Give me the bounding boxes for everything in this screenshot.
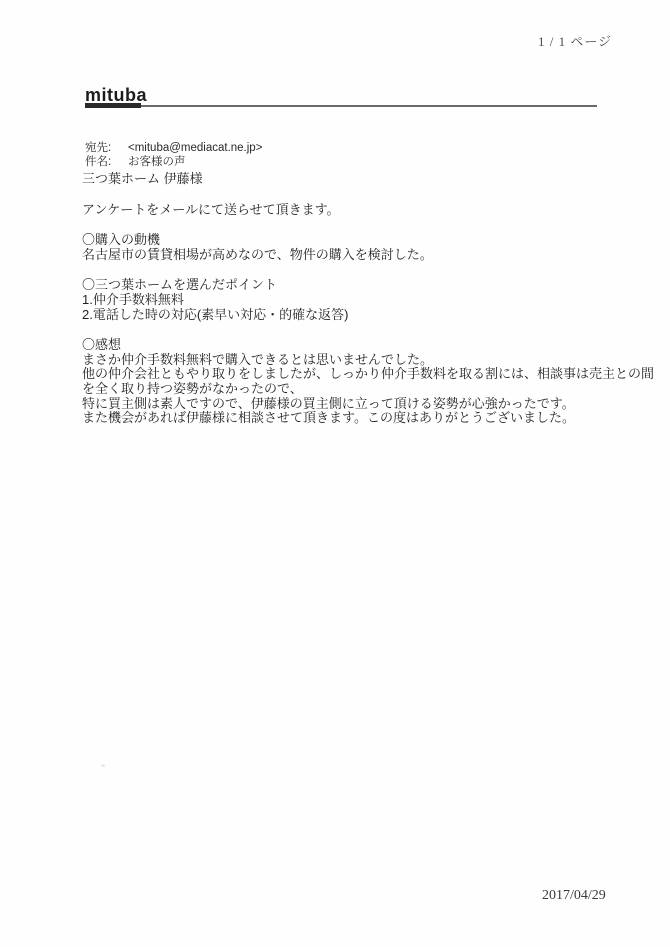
subject-value: お客様の声 [128,155,186,169]
section-purchase-motivation: 〇購入の動機 名古屋市の賃貸相場が高めなので、物件の購入を検討した。 [82,233,642,262]
section-heading: 〇購入の動機 [82,233,642,248]
text-line: 1.仲介手数料無料 [82,293,642,308]
document-date: 2017/04/29 [542,888,606,904]
section-heading: 〇感想 [82,338,642,353]
text-line: まさか仲介手数料無料で購入できるとは思いませんでした。 [82,353,642,368]
section-impressions: 〇感想 まさか仲介手数料無料で購入できるとは思いませんでした。 他の仲介会社とも… [82,338,642,426]
header-rule [85,103,597,109]
mail-header: 宛先: <mituba@mediacat.ne.jp> 件名: お客様の声 [85,141,262,169]
to-value: <mituba@mediacat.ne.jp> [128,141,262,155]
subject-label: 件名: [85,155,128,169]
mail-header-subject-row: 件名: お客様の声 [85,155,262,169]
mail-header-to-row: 宛先: <mituba@mediacat.ne.jp> [85,141,262,155]
intro-line: アンケートをメールにて送らせて頂きます。 [82,203,642,218]
greeting-line: 三つ葉ホーム 伊藤様 [82,172,642,187]
text-line: 他の仲介会社ともやり取りをしましたが、しっかり仲介手数料を取る割には、相談事は売… [82,367,642,382]
page-indicator: 1 / 1 ページ [538,31,612,50]
header-rule-thin-line [85,105,597,107]
scanned-document-page: 1 / 1 ページ mituba 宛先: <mituba@mediacat.ne… [0,0,670,947]
header-rule-thick-segment [85,103,141,108]
text-line: 特に買主側は素人ですので、伊藤様の買主側に立って頂ける姿勢が心強かったです。 [82,397,642,412]
text-line: を全く取り持つ姿勢がなかったので、 [82,382,642,397]
scan-speck-artifact [101,764,105,767]
letter-body: 三つ葉ホーム 伊藤様 アンケートをメールにて送らせて頂きます。 〇購入の動機 名… [82,172,642,442]
section-heading: 〇三つ葉ホームを選んだポイント [82,278,642,293]
text-line: また機会があれば伊藤様に相談させて頂きます。この度はありがとうございました。 [82,411,642,426]
text-line: 2.電話した時の対応(素早い対応・的確な返答) [82,308,642,323]
to-label: 宛先: [85,141,128,155]
text-line: 名古屋市の賃貸相場が高めなので、物件の購入を検討した。 [82,248,642,263]
section-why-mituba: 〇三つ葉ホームを選んだポイント 1.仲介手数料無料 2.電話した時の対応(素早い… [82,278,642,322]
